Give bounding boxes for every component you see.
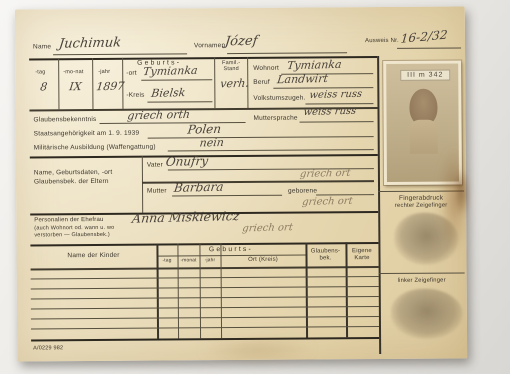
geburts-tag-label: -tag [35, 69, 45, 75]
wohnort-value: Tymianka [286, 59, 342, 71]
photo-number-sign: III m 342 [400, 70, 450, 81]
table-header-bottom [31, 266, 379, 270]
form-code: A/0229 982 [33, 345, 63, 351]
muttersprache-label: Muttersprache [254, 115, 298, 122]
kinder-glauben-header-1: Glaubens- [305, 248, 345, 255]
ehefrau-label-1: Personalien der Ehefrau [34, 217, 103, 224]
vornamen-underline [227, 52, 347, 54]
beruf-value: Landwirt [277, 73, 329, 85]
glauben-underline [100, 122, 246, 124]
kinder-tag-header: -tag [157, 258, 178, 263]
scan-background: Name Juchimuk Vornamen Józef Ausweis Nr.… [0, 0, 510, 374]
glauben-label: Glaubensbekenntnis [34, 116, 97, 124]
staat-underline [148, 136, 374, 139]
geburts-kreis-label: -Kreis [126, 92, 144, 99]
militaer-value: nein [199, 137, 225, 149]
geburts-monat-label: -mo-nat [63, 69, 83, 75]
eltern-divider [142, 156, 143, 213]
portrait-photo-image: III m 342 [386, 63, 459, 181]
name-label: Name [33, 43, 51, 50]
famil-stand-value: verh. [220, 78, 250, 90]
militaer-label: Militärische Ausbildung (Waffengattung) [34, 144, 156, 152]
volkstum-label: Volkstumszugeh. [253, 95, 305, 103]
kinder-row-line [31, 326, 379, 329]
fingerprint-divider [379, 272, 465, 274]
kinder-jahr-header: -jahr [200, 258, 221, 263]
kinder-row-line [31, 306, 379, 309]
glauben-value: griech orth [127, 109, 191, 122]
beruf-label: Beruf [253, 79, 270, 86]
kreis-underline [147, 101, 212, 102]
staat-value: Polen [187, 123, 222, 136]
fingerprint-left [391, 288, 463, 339]
volkstum-underline [305, 103, 373, 104]
ehefrau-label-3: verstorben — Glaubensbek.) [34, 232, 110, 239]
fingerprint-right [394, 212, 458, 264]
vornamen-value: Józef [224, 35, 258, 49]
staatsangehoerigkeit-label: Staatsangehörigkeit am 1. 9. 1939 [34, 130, 140, 138]
kinder-geburts-header: Geburts- [156, 246, 305, 255]
muttersprache-value: weiss russ [303, 107, 357, 118]
fingerprint-left-label: linker Zeigefinger [379, 277, 465, 284]
mutter-glauben-value: griech ort [301, 197, 353, 208]
mutter-value: Barbara [173, 181, 224, 194]
ausweis-label: Ausweis Nr. [365, 38, 399, 45]
paper-stain [197, 337, 317, 362]
fingerprint-divider [378, 190, 464, 192]
kinder-glauben-header-2: bek. [306, 255, 346, 262]
name-underline [53, 53, 187, 55]
vater-glauben-value: griech ort [299, 169, 351, 180]
kinder-monat-header: -monat [178, 258, 200, 263]
ort-underline [141, 79, 212, 80]
geburts-ort-label: -ort [126, 70, 137, 77]
ehefrau-glauben-value: griech ort [242, 223, 294, 234]
geborene-label: geborene [288, 187, 317, 194]
geburts-jahr-label: -jahr [98, 69, 110, 75]
kinder-row-line [31, 316, 379, 319]
vater-value: Onufry [165, 155, 209, 168]
ehefrau-label-2: (auch Wohnort od. wann u. wo [34, 225, 114, 232]
volkstum-value: weiss russ [309, 90, 363, 101]
kinder-ort-header: Ort (Kreis) [221, 257, 306, 264]
kinder-row-line [31, 276, 379, 279]
portrait-sweater [410, 120, 438, 154]
mutter-underline [172, 195, 282, 197]
eltern-label-1: Name, Geburtsdaten, -ort [34, 169, 113, 177]
geburts-tag-value: 8 [40, 81, 48, 92]
mutter-label: Mutter [147, 188, 167, 195]
ehefrau-value: Anna Miskiewicz [131, 210, 240, 225]
geburts-kreis-value: Bielsk [151, 87, 186, 99]
fingerprint-title: Fingerabdruck [378, 194, 464, 202]
wohnort-label: Wohnort [253, 65, 279, 72]
column-divider [58, 58, 59, 109]
portrait-photo: III m 342 [383, 60, 462, 185]
kinder-karte-header-2: Karte [346, 255, 379, 262]
kinder-row-line [31, 286, 379, 289]
table-bottom-line [31, 337, 379, 341]
geburts-jahr-value: 1897 [96, 81, 125, 93]
ausweis-value: 16-2/32 [400, 29, 448, 45]
ausweis-underline [397, 47, 461, 48]
muttersprache-underline [300, 121, 374, 123]
fingerprint-right-label: rechter Zeigefinger [378, 202, 464, 209]
famil-stand-label: Famil.-Stand [216, 60, 246, 72]
kinder-name-header: Name der Kinder [30, 252, 156, 260]
column-divider [92, 58, 93, 109]
kinder-row-line [31, 296, 379, 299]
geburts-monat-value: IX [69, 81, 82, 92]
registration-card: Name Juchimuk Vornamen Józef Ausweis Nr.… [15, 6, 467, 361]
vater-label: Vater [147, 162, 163, 169]
name-value: Juchimuk [58, 36, 122, 51]
kinder-karte-header-1: Eigene [345, 248, 378, 255]
eltern-label-2: Glaubensbek. der Eltern [34, 178, 109, 186]
vornamen-label: Vornamen [194, 42, 225, 49]
geburts-ort-value: Tymianka [143, 65, 199, 77]
